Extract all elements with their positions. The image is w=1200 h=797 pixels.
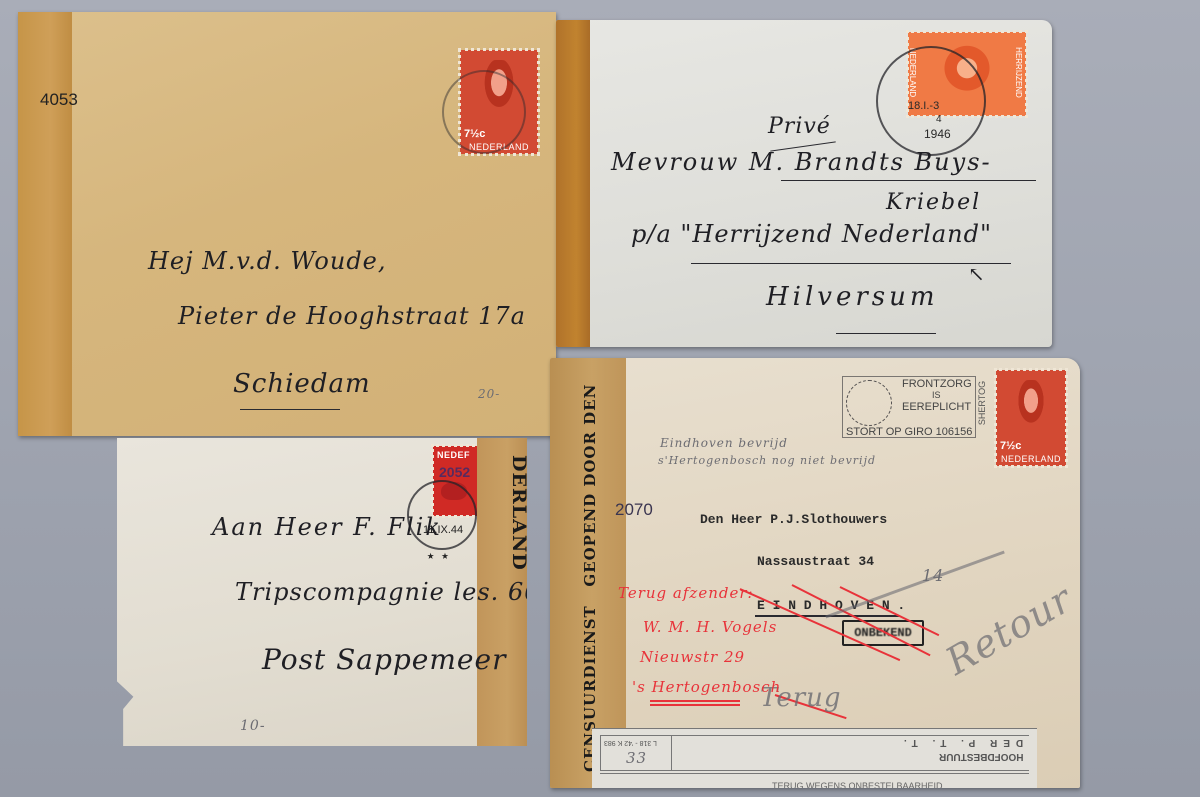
overprint: 2052 bbox=[439, 464, 470, 480]
postmark-circle bbox=[442, 70, 526, 154]
postmark-stars: ★ ★ bbox=[427, 548, 449, 563]
pencil-note: 10- bbox=[240, 718, 266, 734]
underline bbox=[240, 409, 340, 410]
censor-number: 2070 bbox=[615, 500, 653, 520]
censor-tape-text: DERLAND bbox=[508, 455, 527, 555]
censor-tape bbox=[556, 20, 590, 347]
pencil-note: 20- bbox=[478, 387, 500, 401]
address-line-3: Post Sappemeer bbox=[262, 643, 506, 676]
address-line-1: Hej M.v.d. Woude, bbox=[148, 247, 387, 275]
address-line-3: Schiedam bbox=[233, 369, 371, 399]
censor-tape bbox=[18, 12, 72, 436]
frontzorg-emblem bbox=[846, 380, 892, 426]
envelope-bottom-left: NEDEF 2052 11.IX.44 ★ ★ DERLAND Aan Heer… bbox=[117, 438, 527, 746]
postmark-year: 1946 bbox=[924, 127, 951, 141]
envelope-bottom-right: CENSUURDIENST GEOPEND DOOR DEN FRONTZORG… bbox=[550, 358, 1080, 788]
address-line-1: Aan Heer F. Flik bbox=[212, 513, 442, 541]
address-line-2: Tripscompagnie les. 66 bbox=[235, 578, 527, 606]
boxed-stamp: ONBEKEND bbox=[842, 620, 924, 646]
postage-stamp: 7½c NEDERLAND bbox=[996, 370, 1066, 466]
postmark-date: 18.I.-3 bbox=[908, 100, 939, 112]
underline bbox=[691, 263, 1011, 264]
ptt-label-strip: L 318 - '42 K 983 33 HOOFDBESTUUR DER P.… bbox=[592, 728, 1037, 788]
pencil-mark-14: 14 bbox=[922, 566, 944, 585]
censor-number: 4053 bbox=[40, 90, 78, 110]
portrait-icon bbox=[1009, 380, 1054, 440]
underline bbox=[781, 180, 1036, 181]
pencil-mark-retour: Retour bbox=[938, 576, 1079, 683]
ptt-header-line-2: DER P. T. T. bbox=[898, 737, 1023, 748]
postmark-hour: 4 bbox=[936, 114, 942, 125]
envelope-top-right: HERRIJZEND NEDERLAND 18.I.-3 4 1946 Priv… bbox=[556, 20, 1052, 347]
annotation-prive: Privé bbox=[768, 114, 831, 139]
address-line-2: Kriebel bbox=[886, 190, 981, 215]
underline bbox=[650, 700, 740, 702]
arrow-mark: ↖ bbox=[968, 262, 986, 286]
ptt-header-line-1: HOOFDBESTUUR bbox=[939, 751, 1023, 762]
return-note-line-3: Nieuwstr 29 bbox=[640, 648, 745, 666]
envelope-top-left: 4053 7½c NEDERLAND Hej M.v.d. Woude, Pie… bbox=[18, 12, 556, 436]
return-note-line-4: 's Hertogenbosch bbox=[632, 678, 781, 696]
censor-tape-text: CENSUURDIENST GEOPEND DOOR DEN bbox=[581, 358, 599, 772]
pencil-note-1: Eindhoven bevrijd bbox=[660, 436, 788, 450]
address-line-2: Pieter de Hooghstraat 17a bbox=[178, 302, 526, 330]
address-line-1: Mevrouw M. Brandts Buys- bbox=[611, 148, 992, 176]
form-code: L 318 - '42 K 983 bbox=[604, 739, 657, 746]
pencil-note-2: s'Hertogenbosch nog niet bevrijd bbox=[658, 454, 876, 467]
address-line-3: p/a "Herrijzend Nederland" bbox=[631, 220, 992, 248]
ptt-footer-text: TERUG WEGENS ONBESTELBAARHEID bbox=[772, 781, 943, 788]
address-line-4: Hilversum bbox=[766, 282, 939, 312]
typed-address-line-2: Nassaustraat 34 bbox=[757, 554, 874, 569]
return-note-line-2: W. M. H. Vogels bbox=[643, 618, 777, 636]
return-note-line-1: Terug afzender: bbox=[618, 584, 754, 602]
typed-address-line-1: Den Heer P.J.Slothouwers bbox=[700, 512, 887, 527]
underline bbox=[650, 704, 740, 706]
handwritten-number: 33 bbox=[626, 749, 647, 767]
underline bbox=[836, 333, 936, 334]
